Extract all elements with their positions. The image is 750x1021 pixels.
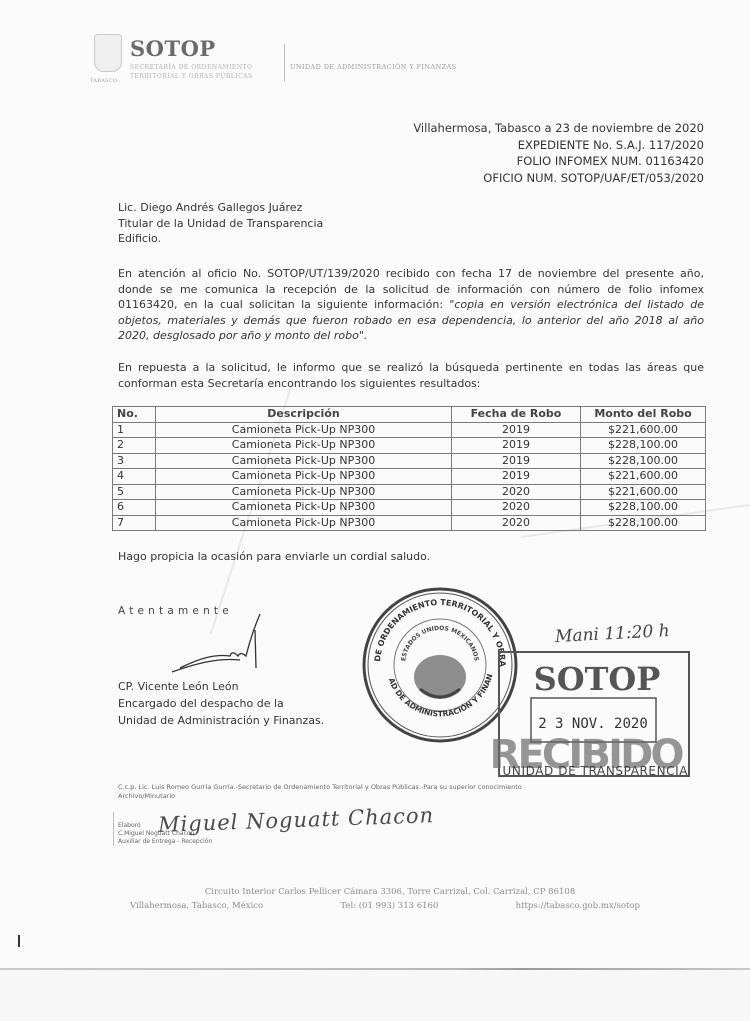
reference-block: Villahermosa, Tabasco a 23 de noviembre …: [413, 120, 704, 186]
brand-name: SOTOP: [130, 36, 216, 61]
table-row: 5Camioneta Pick-Up NP3002020$221,600.00: [113, 484, 706, 500]
row-number: 1: [113, 422, 156, 438]
row-number: 5: [113, 484, 156, 500]
row-date: 2019: [452, 469, 581, 485]
header-amount: Monto del Robo: [581, 407, 706, 423]
document-page: TABASCO SOTOP Secretaría de Ordenamiento…: [0, 0, 750, 968]
footer-address: Circuito Interior Carlos Pellicer Cámara…: [120, 885, 660, 899]
row-date: 2020: [452, 500, 581, 516]
table-header-row: No. Descripción Fecha de Robo Monto del …: [113, 407, 706, 423]
prepared-by-signature: Miguel Noguatt Chacon: [158, 803, 435, 837]
row-amount: $228,100.00: [581, 500, 706, 516]
margin-mark: [18, 935, 20, 947]
signer-name: CP. Vicente León León: [118, 678, 324, 695]
body-paragraph-2: En repuesta a la solicitud, le informo q…: [118, 360, 704, 391]
row-description: Camioneta Pick-Up NP300: [156, 438, 452, 454]
svg-text:2 3 NOV. 2020: 2 3 NOV. 2020: [538, 716, 648, 732]
table-row: 2Camioneta Pick-Up NP3002019$228,100.00: [113, 438, 706, 454]
row-date: 2020: [452, 484, 581, 500]
svg-text:UNIDAD DE TRANSPARENCIA: UNIDAD DE TRANSPARENCIA: [503, 764, 689, 778]
row-number: 4: [113, 469, 156, 485]
row-description: Camioneta Pick-Up NP300: [156, 469, 452, 485]
cc-line-2: Archivo/Minutario: [118, 792, 558, 801]
state-shield-icon: [94, 34, 122, 72]
results-table: No. Descripción Fecha de Robo Monto del …: [112, 406, 706, 531]
row-amount: $221,600.00: [581, 422, 706, 438]
row-amount: $221,600.00: [581, 469, 706, 485]
unit-name: Unidad de Administración y Finanzas: [290, 63, 457, 72]
addressee-name: Lic. Diego Andrés Gallegos Juárez: [118, 200, 323, 216]
table-row: 3Camioneta Pick-Up NP3002019$228,100.00: [113, 453, 706, 469]
folio-number: FOLIO INFOMEX NUM. 01163420: [413, 153, 704, 170]
footer-city: Villahermosa, Tabasco, México: [130, 899, 263, 913]
prepared-by-role: Auxiliar de Entrega - Recepción: [118, 838, 212, 846]
header-no: No.: [113, 407, 156, 423]
signer-role-1: Encargado del despacho de la: [118, 695, 324, 712]
addressee-title: Titular de la Unidad de Transparencia: [118, 216, 323, 232]
table-row: 6Camioneta Pick-Up NP3002020$228,100.00: [113, 500, 706, 516]
page-footer: Circuito Interior Carlos Pellicer Cámara…: [120, 885, 660, 913]
closing-line: Hago propicia la ocasión para enviarle u…: [118, 550, 430, 563]
footer-phone: Tel: (01 993) 313 6160: [340, 899, 438, 913]
carbon-copy: C.c.p. Lic. Luis Romeo Gurría Gurría.-Se…: [118, 783, 558, 801]
brand-subtitle: Secretaría de Ordenamiento Territorial y…: [130, 63, 280, 81]
row-description: Camioneta Pick-Up NP300: [156, 515, 452, 531]
row-number: 2: [113, 438, 156, 454]
header-date: Fecha de Robo: [452, 407, 581, 423]
oficio-number: OFICIO NUM. SOTOP/UAF/ET/053/2020: [413, 170, 704, 187]
state-label: TABASCO: [90, 78, 117, 84]
row-amount: $228,100.00: [581, 438, 706, 454]
row-description: Camioneta Pick-Up NP300: [156, 422, 452, 438]
table-row: 4Camioneta Pick-Up NP3002019$221,600.00: [113, 469, 706, 485]
footer-url[interactable]: https://tabasco.gob.mx/sotop: [516, 899, 640, 913]
row-date: 2019: [452, 422, 581, 438]
table-row: 7Camioneta Pick-Up NP3002020$228,100.00: [113, 515, 706, 531]
place-date: Villahermosa, Tabasco a 23 de noviembre …: [413, 120, 704, 137]
signature-icon: [170, 610, 270, 680]
addressee: Lic. Diego Andrés Gallegos Juárez Titula…: [118, 200, 323, 247]
svg-text:SOTOP: SOTOP: [534, 660, 661, 698]
cc-line-1: C.c.p. Lic. Luis Romeo Gurría Gurría.-Se…: [118, 783, 558, 792]
background-surface: [0, 970, 750, 1021]
row-description: Camioneta Pick-Up NP300: [156, 500, 452, 516]
header-description: Descripción: [156, 407, 452, 423]
signer-block: CP. Vicente León León Encargado del desp…: [118, 678, 324, 729]
addressee-location: Edificio.: [118, 231, 323, 247]
body-paragraph-1: En atención al oficio No. SOTOP/UT/139/2…: [118, 266, 704, 344]
row-amount: $228,100.00: [581, 453, 706, 469]
handwritten-receipt-time: Mani 11:20 h: [555, 621, 671, 647]
row-description: Camioneta Pick-Up NP300: [156, 484, 452, 500]
row-date: 2019: [452, 438, 581, 454]
row-date: 2019: [452, 453, 581, 469]
letterhead: TABASCO SOTOP Secretaría de Ordenamiento…: [90, 30, 470, 90]
row-number: 6: [113, 500, 156, 516]
row-description: Camioneta Pick-Up NP300: [156, 453, 452, 469]
letterhead-divider: [284, 44, 285, 82]
row-number: 3: [113, 453, 156, 469]
row-amount: $228,100.00: [581, 515, 706, 531]
row-number: 7: [113, 515, 156, 531]
expediente-number: EXPEDIENTE No. S.A.J. 117/2020: [413, 137, 704, 154]
received-stamp-icon: SOTOP 2 3 NOV. 2020 RECIBIDO UNIDAD DE T…: [487, 650, 692, 778]
row-amount: $221,600.00: [581, 484, 706, 500]
table-row: 1Camioneta Pick-Up NP3002019$221,600.00: [113, 422, 706, 438]
row-date: 2020: [452, 515, 581, 531]
signer-role-2: Unidad de Administración y Finanzas.: [118, 712, 324, 729]
